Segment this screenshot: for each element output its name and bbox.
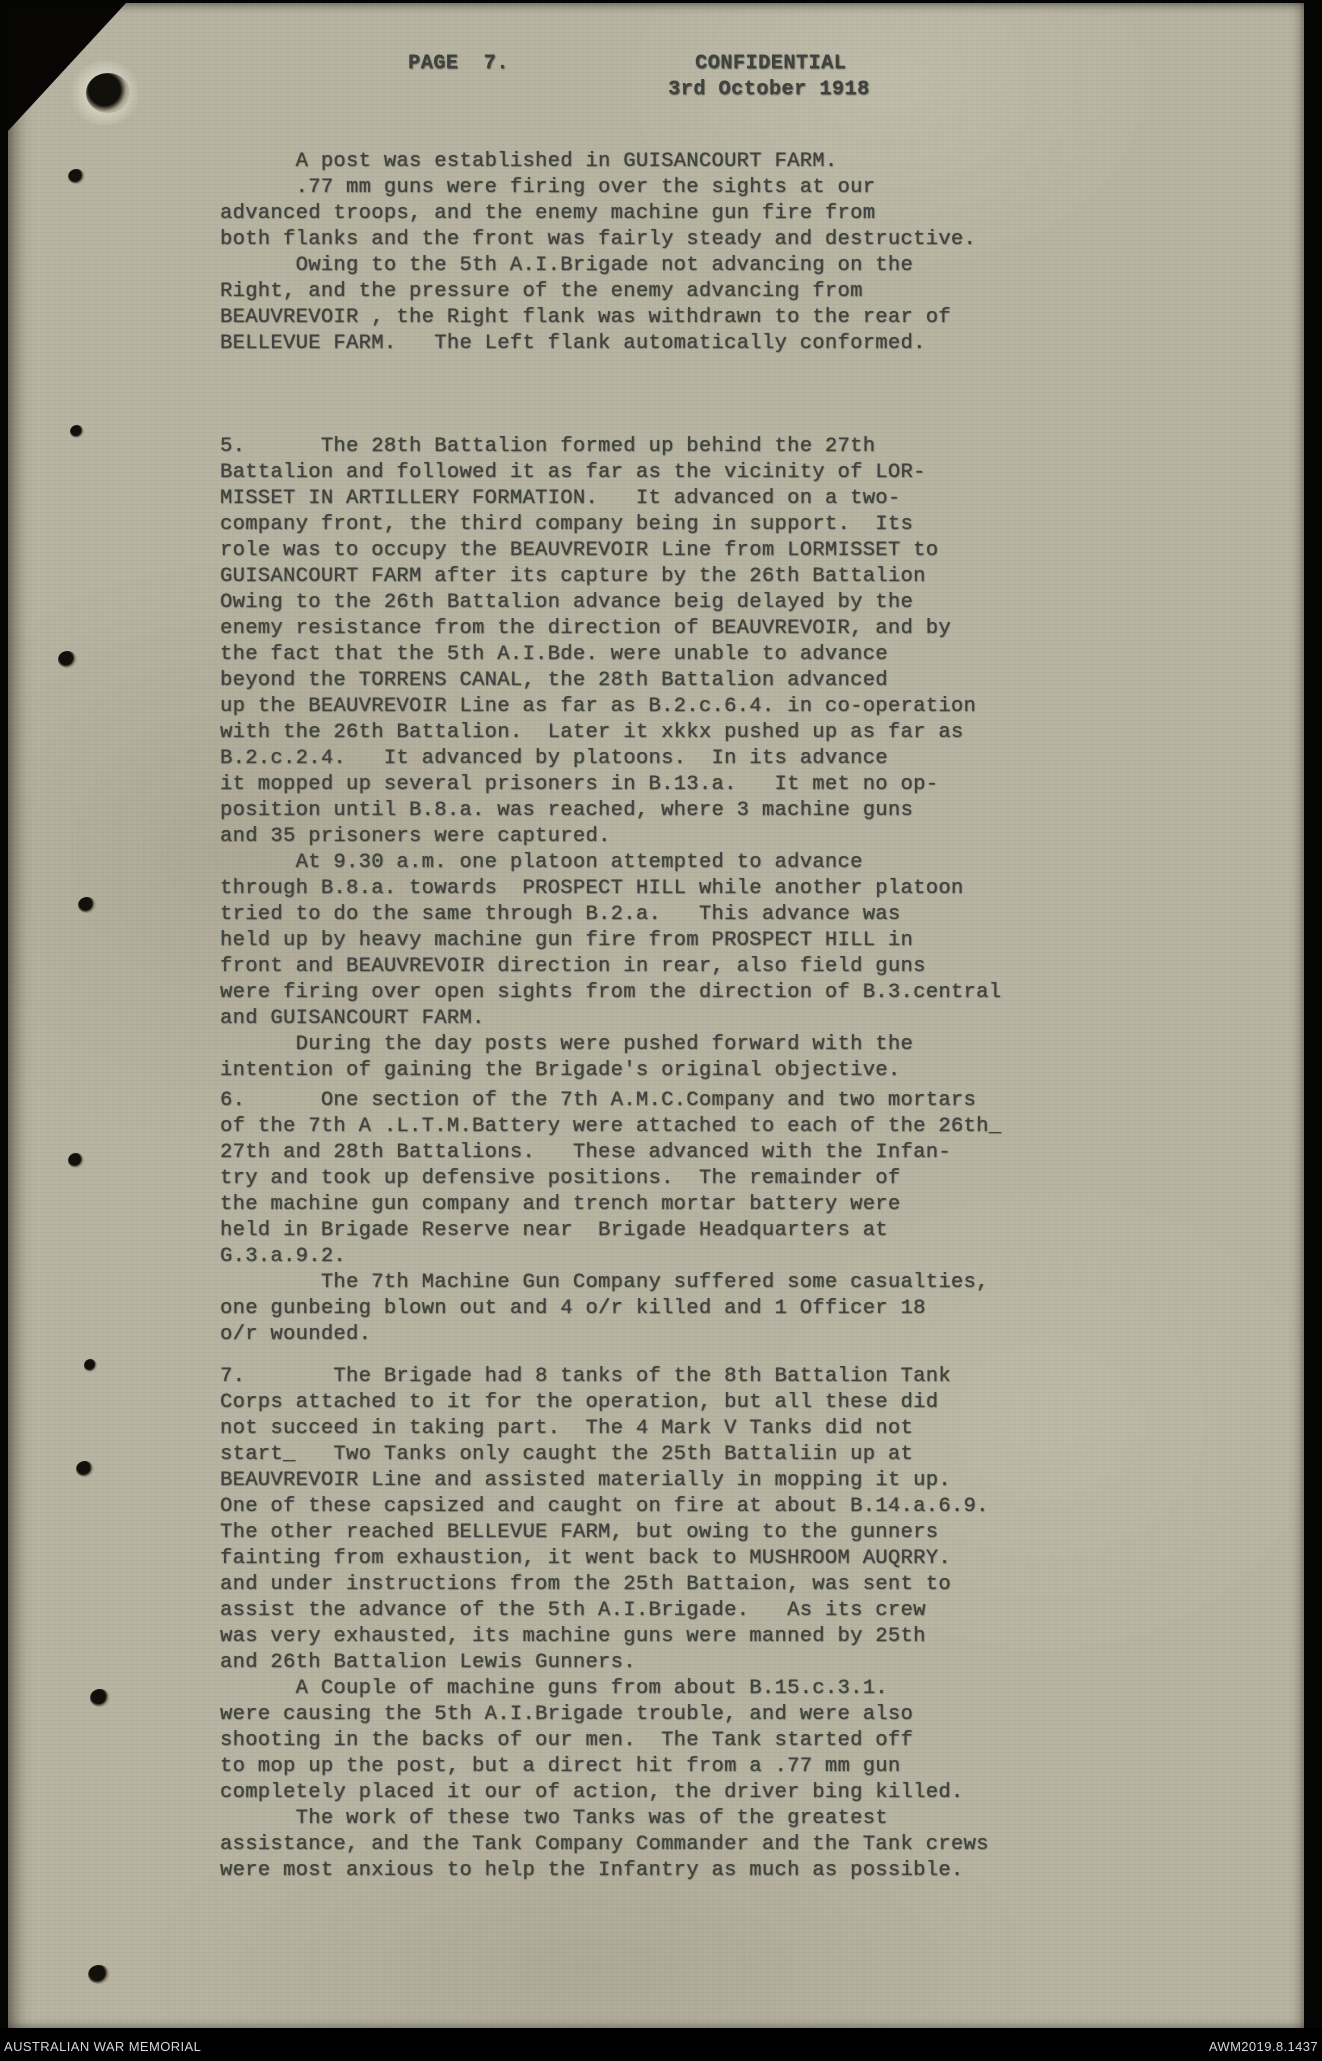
paragraph-5: 5. The 28th Battalion formed up behind t… <box>220 434 1001 1084</box>
punch-hole <box>68 169 85 184</box>
archive-name: AUSTRALIAN WAR MEMORIAL <box>4 2039 201 2054</box>
scanned-document-page: PAGE 7. CONFIDENTIAL 3rd October 1918 A … <box>0 0 1322 2061</box>
punch-hole <box>58 651 77 668</box>
paragraph-7: 7. The Brigade had 8 tanks of the 8th Ba… <box>220 1364 989 1884</box>
page-number: PAGE 7. <box>408 51 509 77</box>
punch-hole <box>90 1689 110 1707</box>
paper-sheet: PAGE 7. CONFIDENTIAL 3rd October 1918 A … <box>8 3 1304 2029</box>
punch-hole <box>78 897 96 913</box>
paragraph-6: 6. One section of the 7th A.M.C.Company … <box>220 1088 1001 1348</box>
punch-hole <box>70 425 84 438</box>
punch-hole <box>68 1153 84 1168</box>
punch-hole <box>84 1359 97 1372</box>
paragraph-4-continuation: A post was established in GUISANCOURT FA… <box>220 149 976 357</box>
punch-hole <box>76 1461 94 1477</box>
archive-id: AWM2019.8.1437 <box>1209 2039 1318 2054</box>
punch-hole <box>86 73 130 113</box>
punch-hole <box>88 1965 110 1984</box>
document-date: 3rd October 1918 <box>668 77 870 103</box>
archive-footer-bar: AUSTRALIAN WAR MEMORIAL AWM2019.8.1437 <box>0 2028 1322 2061</box>
classification-stamp: CONFIDENTIAL <box>695 51 846 77</box>
